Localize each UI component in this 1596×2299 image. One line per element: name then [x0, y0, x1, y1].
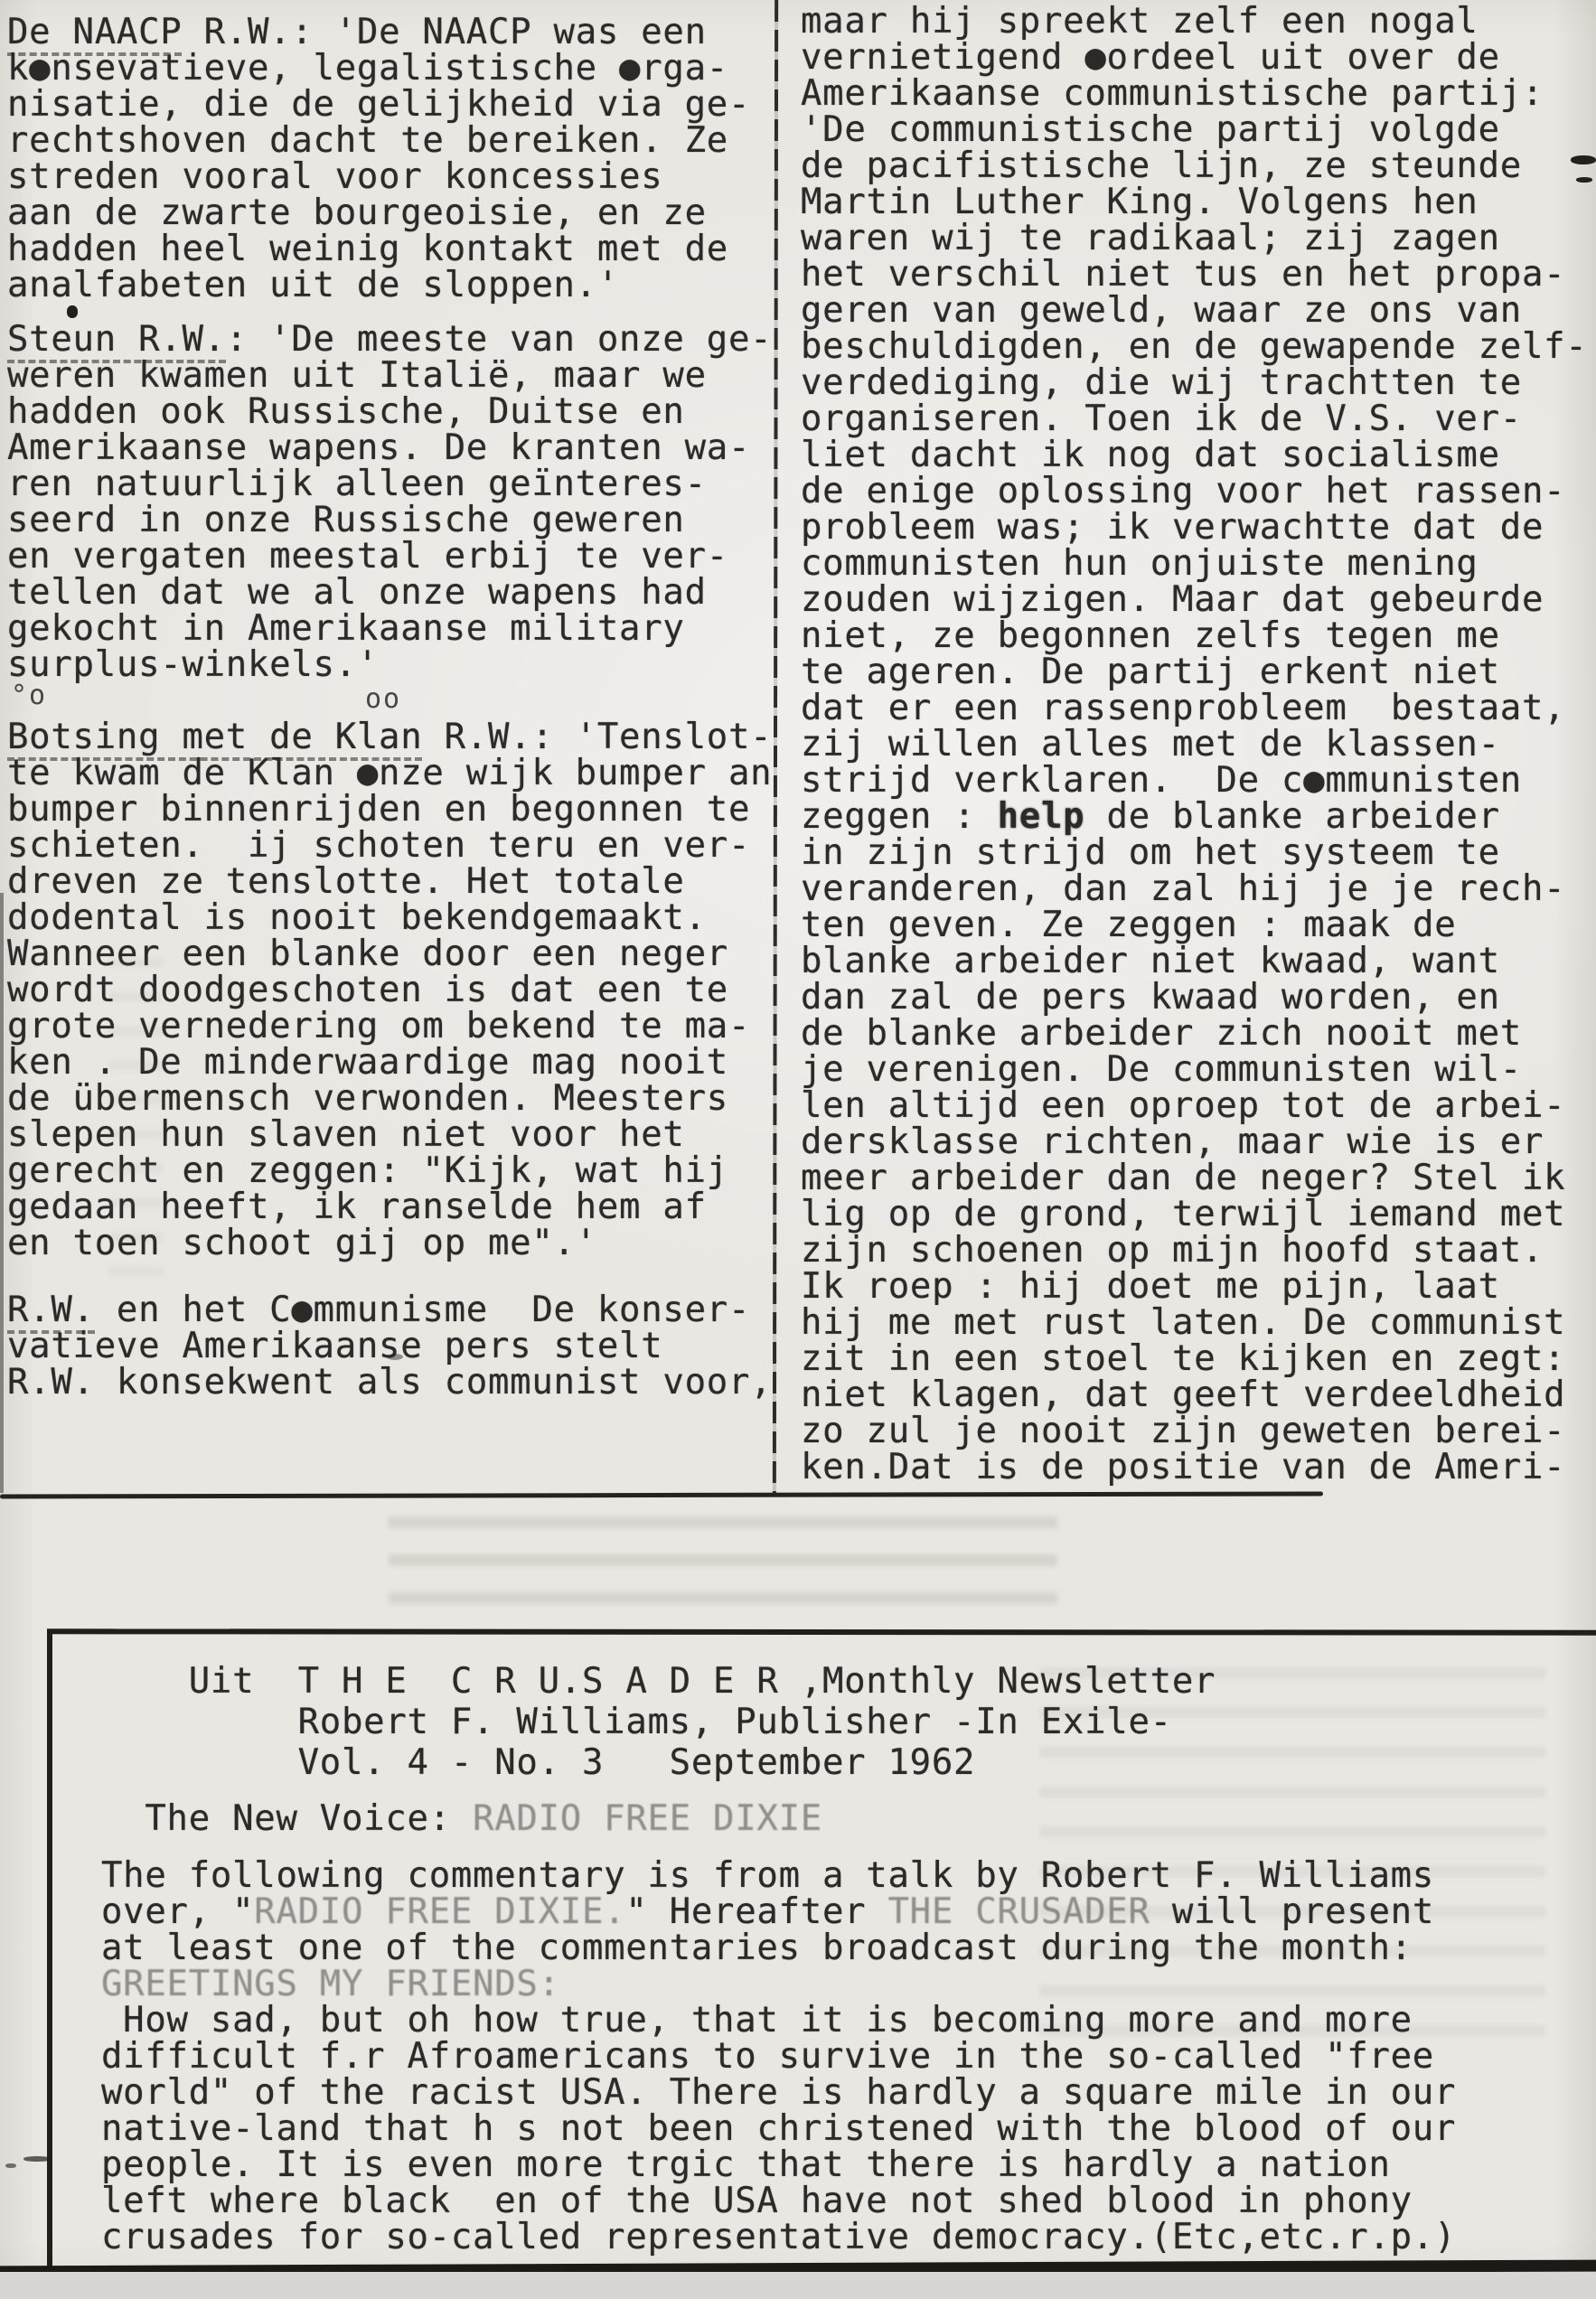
- bleed-through-ghost: [389, 1516, 1057, 1621]
- ink-speck: [1576, 177, 1592, 183]
- typewriter-overstrike-mark: oo: [365, 683, 401, 715]
- margin-stray-mark: °o: [11, 680, 47, 711]
- ink-speck: [1571, 155, 1596, 164]
- ink-speck: [67, 305, 78, 318]
- ink-speck: [387, 1354, 403, 1360]
- scanned-newsletter-page: De NAACP R.W.: 'De NAACP was eenk●nsevat…: [0, 0, 1596, 2299]
- crusader-box-header: Uit T H E C R U.S A D E R ,Monthly Newsl…: [101, 1661, 1216, 1783]
- dutch-text-left-column: De NAACP R.W.: 'De NAACP was eenk●nsevat…: [7, 14, 775, 1419]
- scan-left-edge: [0, 893, 4, 1493]
- crusader-box-top-border: [47, 1628, 1596, 1635]
- crusader-box-body-text: The following commentary is from a talk …: [101, 1858, 1456, 2256]
- ink-speck: [23, 2156, 51, 2162]
- ink-speck: [5, 2163, 16, 2168]
- crusader-box-left-border: [47, 1629, 52, 2271]
- dutch-text-right-column: maar hij spreekt zelf een nogalvernietig…: [801, 4, 1596, 1504]
- scanner-background-strip: [0, 2272, 1596, 2299]
- crusader-box-subtitle: The New Voice: RADIO FREE DIXIE: [101, 1801, 822, 1837]
